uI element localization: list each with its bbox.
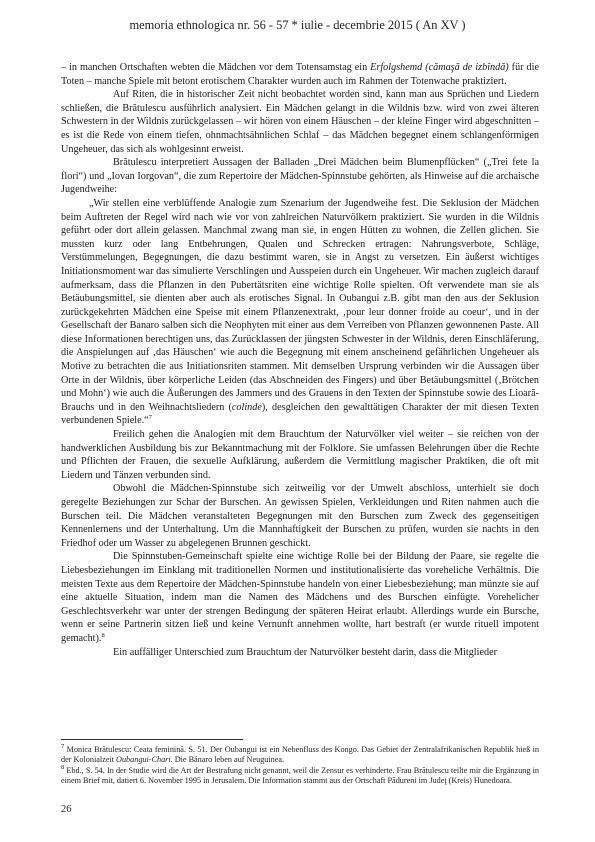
footnote-8: 8 Ebd., S. 54. In der Studie wird die Ar… bbox=[61, 766, 539, 787]
italic-term: Oubangui-Chari bbox=[116, 755, 171, 764]
page-number: 26 bbox=[61, 804, 72, 815]
footnote-7: 7 Monica Brătulescu: Ceata feminină. S. … bbox=[61, 745, 539, 766]
text: „Wir stellen eine verblüffende Analogie … bbox=[61, 198, 539, 413]
footnotes: 7 Monica Brătulescu: Ceata feminină. S. … bbox=[61, 745, 539, 787]
italic-term: colinde bbox=[232, 402, 262, 413]
footnote-ref-7[interactable]: 7 bbox=[149, 414, 152, 421]
paragraph-5: Obwohl die Mädchen-Spinnstube sich zeitw… bbox=[61, 482, 539, 550]
paragraph-3: Brătulescu interpretiert Aussagen der Ba… bbox=[61, 156, 539, 197]
paragraph-6: Die Spinnstuben-Gemeinschaft spielte ein… bbox=[61, 550, 539, 645]
running-header: memoria ethnologica nr. 56 - 57 * iulie … bbox=[0, 18, 595, 33]
footnote-divider bbox=[61, 739, 243, 740]
paragraph-1: – in manchen Ortschaften webten die Mädc… bbox=[61, 61, 539, 88]
text: Ebd., S. 54. In der Studie wird die Art … bbox=[61, 766, 539, 785]
paragraph-2: Auf Riten, die in historischer Zeit nich… bbox=[61, 88, 539, 156]
text: . Die Bánaro leben auf Neuguinea. bbox=[171, 755, 284, 764]
text: – in manchen Ortschaften webten die Mädc… bbox=[61, 62, 370, 73]
text: Die Spinnstuben-Gemeinschaft spielte ein… bbox=[61, 551, 539, 644]
paragraph-7: Ein auffälliger Unterschied zum Brauchtu… bbox=[61, 646, 539, 660]
footnote-ref-8[interactable]: 8 bbox=[101, 632, 104, 639]
block-quote: „Wir stellen eine verblüffende Analogie … bbox=[61, 197, 539, 428]
paragraph-4: Freilich gehen die Analogien mit dem Bra… bbox=[61, 428, 539, 482]
main-text: – in manchen Ortschaften webten die Mädc… bbox=[61, 61, 539, 659]
italic-term: Erfolgshemd (cămaşă de izbîndă) bbox=[370, 62, 509, 73]
